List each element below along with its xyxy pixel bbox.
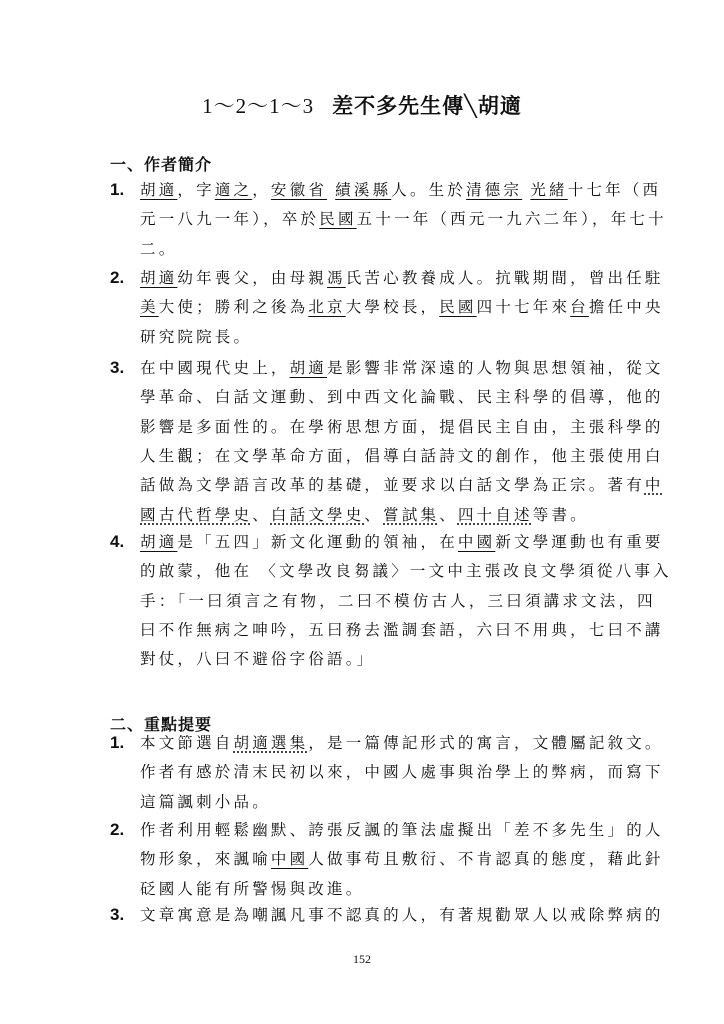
document-page: 1～2～1～3差不多先生傳╲胡適 一、作者簡介1.胡適，字適之，安徽省 績溪縣人… <box>0 0 724 1024</box>
book-title: 嘗試集 <box>383 506 439 524</box>
proper-noun: 胡適 <box>290 359 327 377</box>
item-number: 2. <box>110 820 124 840</box>
proper-noun: 北京 <box>308 298 345 316</box>
text-segment: 這篇諷刺小品。 <box>140 793 271 811</box>
proper-noun: 安徽省 <box>271 181 327 199</box>
proper-noun: 胡適 <box>140 181 177 199</box>
text-segment: 擔任中央 <box>589 298 664 316</box>
text-segment: 話做為文學語言改革的基礎，並要求以白話文學為正宗。著有 <box>140 476 645 494</box>
text-segment: 大學校長， <box>346 298 440 316</box>
text-line: 胡適，字適之，安徽省 績溪縣人。生於清德宗 光緒十七年（西 <box>140 180 661 200</box>
item-number: 2. <box>110 268 124 288</box>
text-segment: 影響是多面性的。在學術思想方面，提倡民主自由，主張科學的 <box>140 418 664 436</box>
text-segment: 是影響非常深遠的人物與思想領袖，從文 <box>327 359 664 377</box>
text-segment: 幼年喪父，由母親 <box>177 269 327 287</box>
lesson-number: 1～2～1～3 <box>202 94 314 118</box>
book-title: 國古代哲學史 <box>140 506 252 524</box>
text-line: 影響是多面性的。在學術思想方面，提倡民主自由，主張科學的 <box>140 417 664 437</box>
text-line: 這篇諷刺小品。 <box>140 792 271 812</box>
text-line: 胡適是「五四」新文化運動的領袖，在中國新文學運動也有重要 <box>140 532 664 552</box>
text-line: 胡適幼年喪父，由母親馮氏苦心教養成人。抗戰期間，曾出任駐 <box>140 268 664 288</box>
text-line: 作者利用輕鬆幽默、誇張反諷的筆法虛擬出「差不多先生」的人 <box>140 820 664 840</box>
text-segment: 四十七年來 <box>477 298 571 316</box>
text-segment: 、 <box>439 506 458 524</box>
text-segment: 手：「一曰須言之有物，二曰不模仿古人，三曰須講求文法，四 <box>140 592 656 610</box>
proper-noun: 胡適 <box>140 533 177 551</box>
text-segment: 本文節選自 <box>140 734 234 752</box>
text-segment: 作者有感於清末民初以來，中國人處事與治學上的弊病，而寫下 <box>140 763 664 781</box>
lesson-name: 差不多先生傳╲胡適 <box>332 94 522 118</box>
item-number: 4. <box>110 532 124 552</box>
item-number: 1. <box>110 733 124 753</box>
text-segment <box>327 181 335 199</box>
item-number: 1. <box>110 180 124 200</box>
text-segment: 二。 <box>140 240 177 258</box>
book-title: 四十自述 <box>458 506 533 524</box>
text-segment: 等書。 <box>533 506 589 524</box>
text-segment: 研究院院長。 <box>140 328 252 346</box>
text-line: 本文節選自胡適選集，是一篇傳記形式的寓言，文體屬記敘文。 <box>140 733 664 753</box>
proper-noun: 中國 <box>458 533 495 551</box>
proper-noun: 清德宗 <box>466 181 522 199</box>
proper-noun: 適之 <box>215 181 252 199</box>
text-segment: 十七年（西 <box>568 181 662 199</box>
text-segment: 是「五四」新文化運動的領袖，在 <box>177 533 458 551</box>
proper-noun: 馮 <box>327 269 346 287</box>
text-segment: ，字 <box>177 181 214 199</box>
section-heading: 一、作者簡介 <box>110 152 212 175</box>
text-segment: 元一八九一年），卒於 <box>140 210 319 228</box>
text-line: 人生觀；在文學革命方面，倡導白話詩文的創作，他主張使用白 <box>140 446 664 466</box>
proper-noun: 台 <box>570 298 589 316</box>
book-title: 胡適選集 <box>234 734 309 752</box>
book-title: 中 <box>645 476 664 494</box>
text-segment: 的啟蒙，他在 〈文學改良芻議〉一文中主張改良文學須從八事入 <box>140 562 672 580</box>
text-segment: 氏苦心教養成人。抗戰期間，曾出任駐 <box>346 269 664 287</box>
text-segment: ，是一篇傳記形式的寓言，文體屬記敘文。 <box>308 734 663 752</box>
proper-noun: 民國 <box>319 210 356 228</box>
proper-noun: 光緒 <box>530 181 567 199</box>
text-line: 二。 <box>140 239 177 259</box>
proper-noun: 胡適 <box>140 269 177 287</box>
text-segment: 砭國人能有所警惕與改進。 <box>140 880 364 898</box>
text-line: 砭國人能有所警惕與改進。 <box>140 879 364 899</box>
proper-noun: 民國 <box>439 298 476 316</box>
text-segment: 、 <box>252 506 271 524</box>
text-line: 物形象，來諷喻中國人做事苟且敷衍、不肯認真的態度，藉此針 <box>140 849 664 869</box>
proper-noun: 美 <box>140 298 159 316</box>
page-title: 1～2～1～3差不多先生傳╲胡適 <box>0 90 724 120</box>
item-number: 3. <box>110 358 124 378</box>
text-line: 美大使；勝利之後為北京大學校長，民國四十七年來台擔任中央 <box>140 297 664 317</box>
text-line: 曰不作無病之呻吟，五曰務去濫調套語，六曰不用典，七曰不講 <box>140 620 664 640</box>
text-segment: 物形象，來諷喻 <box>140 850 271 868</box>
text-line: 對仗，八曰不避俗字俗語。」 <box>140 649 375 669</box>
text-segment: 曰不作無病之呻吟，五曰務去濫調套語，六曰不用典，七曰不講 <box>140 621 664 639</box>
text-segment: 人。生於 <box>391 181 466 199</box>
text-segment: 學革命、白話文運動、到中西文化論戰、民主科學的倡導，他的 <box>140 388 664 406</box>
text-segment: 人做事苟且敷衍、不肯認真的態度，藉此針 <box>308 850 663 868</box>
text-line: 國古代哲學史、白話文學史、嘗試集、四十自述等書。 <box>140 505 589 525</box>
text-line: 話做為文學語言改革的基礎，並要求以白話文學為正宗。著有中 <box>140 475 664 495</box>
section-heading: 二、重點提要 <box>110 712 212 735</box>
text-line: 學革命、白話文運動、到中西文化論戰、民主科學的倡導，他的 <box>140 387 664 407</box>
text-segment: ， <box>252 181 271 199</box>
text-line: 研究院院長。 <box>140 327 252 347</box>
proper-noun: 績溪縣 <box>335 181 391 199</box>
text-segment: 人生觀；在文學革命方面，倡導白話詩文的創作，他主張使用白 <box>140 447 664 465</box>
text-line: 在中國現代史上，胡適是影響非常深遠的人物與思想領袖，從文 <box>140 358 664 378</box>
book-title: 白話文學史 <box>271 506 365 524</box>
text-segment: 作者利用輕鬆幽默、誇張反諷的筆法虛擬出「差不多先生」的人 <box>140 821 664 839</box>
text-segment: 大使；勝利之後為 <box>159 298 309 316</box>
text-segment: 在中國現代史上， <box>140 359 290 377</box>
text-line: 文章寓意是為嘲諷凡事不認真的人，有著規勸眾人以戒除弊病的 <box>140 905 664 925</box>
text-line: 元一八九一年），卒於民國五十一年（西元一九六二年），年七十 <box>140 209 667 229</box>
text-segment: 、 <box>364 506 383 524</box>
text-line: 作者有感於清末民初以來，中國人處事與治學上的弊病，而寫下 <box>140 762 664 782</box>
text-segment: 文章寓意是為嘲諷凡事不認真的人，有著規勸眾人以戒除弊病的 <box>140 906 664 924</box>
text-segment: 五十一年（西元一九六二年），年七十 <box>357 210 667 228</box>
text-line: 手：「一曰須言之有物，二曰不模仿古人，三曰須講求文法，四 <box>140 591 656 611</box>
text-segment: 對仗，八曰不避俗字俗語。」 <box>140 650 375 668</box>
text-segment: 新文學運動也有重要 <box>495 533 663 551</box>
item-number: 3. <box>110 905 124 925</box>
text-line: 的啟蒙，他在 〈文學改良芻議〉一文中主張改良文學須從八事入 <box>140 561 672 581</box>
page-number: 152 <box>0 952 724 967</box>
proper-noun: 中國 <box>271 850 308 868</box>
